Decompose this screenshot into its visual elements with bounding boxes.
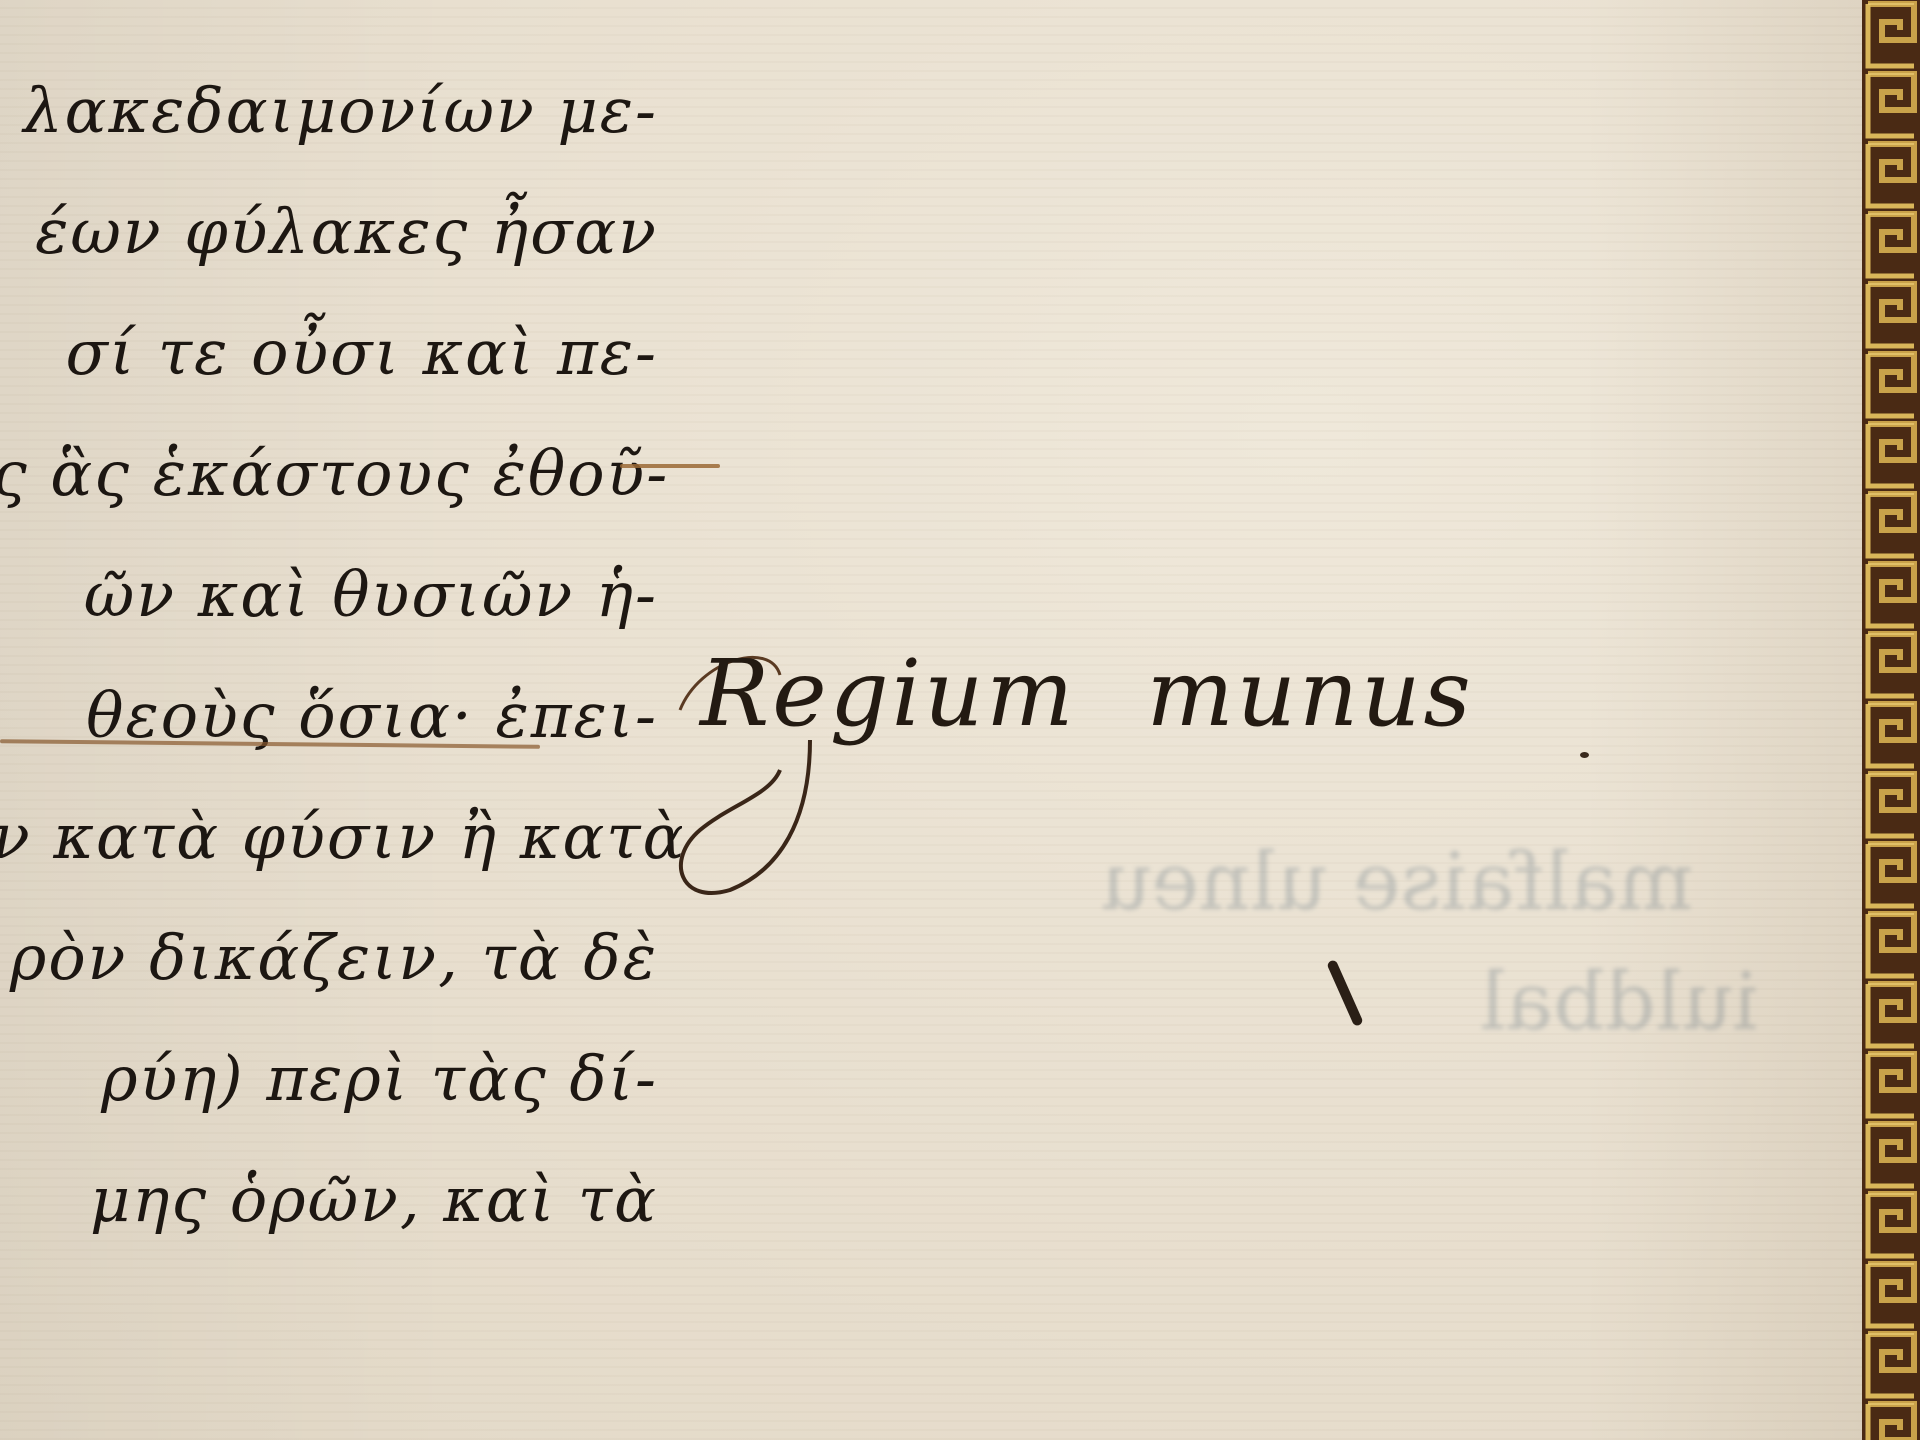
annotation-word: munus xyxy=(1147,640,1474,747)
greek-line: ῶν καὶ θυσιῶν ἡ- xyxy=(0,534,682,655)
greek-line: λακεδαιμονίων με- xyxy=(0,50,682,171)
greek-line: ς ἃς ἑκάστους ἐθοῦ- xyxy=(0,413,682,534)
greek-key-pattern-icon xyxy=(1862,0,1920,1440)
gilt-greek-key-border xyxy=(1862,0,1920,1440)
ink-stroke-mark xyxy=(1326,959,1364,1027)
greek-line: ρὸν δικάζειν, τὰ δὲ xyxy=(0,897,682,1018)
greek-line: ρύη) περὶ τὰς δί- xyxy=(0,1018,682,1139)
show-through-text: iuldbal xyxy=(1480,955,1758,1048)
greek-text-column: λακεδαιμονίων με- έων φύλακες ἦσαν σί τε… xyxy=(0,50,682,1260)
marginal-rule-line xyxy=(620,464,720,468)
greek-line: μης ὁρῶν, καὶ τὰ xyxy=(0,1139,682,1260)
greek-line: σί τε οὖσι καὶ πε- xyxy=(0,292,682,413)
show-through-text: malfaise ulneu xyxy=(1100,835,1693,928)
ink-dot xyxy=(1580,752,1589,758)
manuscript-page: λακεδαιμονίων με- έων φύλακες ἦσαν σί τε… xyxy=(0,0,1862,1440)
greek-line: θεοὺς ὅσια· ἐπει- xyxy=(0,655,682,776)
marginal-annotation: Regiummunus xyxy=(700,640,1474,747)
greek-line: ν κατὰ φύσιν ἢ κατὰ xyxy=(0,776,682,897)
greek-line: έων φύλακες ἦσαν xyxy=(0,171,682,292)
annotation-word: Regium xyxy=(700,640,1077,747)
